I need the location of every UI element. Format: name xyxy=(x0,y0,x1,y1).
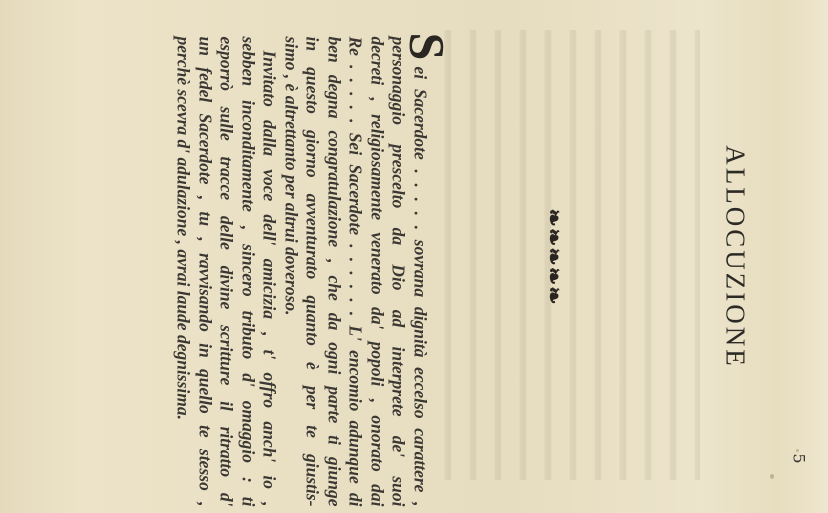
text-line: ben degna congratulazione , che da ogni … xyxy=(323,36,345,506)
text-line: sebben inconditamente , sincero tributo … xyxy=(237,36,259,506)
text-line: perchè scevra d' adulazione , avrai laud… xyxy=(172,36,194,506)
ornament-divider: ❧❧❧❧❧ xyxy=(540,0,566,513)
text-line: esporrò sulle tracce delle divine scritt… xyxy=(215,36,237,506)
text-line: ei Sacerdote . . . . . sovrana dignità e… xyxy=(409,36,431,506)
text-line: in questo giorno avventurato quanto è pe… xyxy=(301,36,323,506)
text-line: decreti , religiosamente venerato da' po… xyxy=(366,36,388,506)
rotated-page-content: 5 ALLOCUZIONE ❧❧❧❧❧ S ei Sacerdote . . .… xyxy=(0,0,828,513)
page-title: ALLOCUZIONE xyxy=(719,0,750,513)
drop-cap: S xyxy=(402,32,452,60)
scanned-page: 5 ALLOCUZIONE ❧❧❧❧❧ S ei Sacerdote . . .… xyxy=(0,0,828,513)
text-line: simo , è altrettanto per altrui doveroso… xyxy=(280,36,302,506)
text-line: un fedel Sacerdote , tu , ravvisando in … xyxy=(194,36,216,506)
body-text: S ei Sacerdote . . . . . sovrana dignità… xyxy=(172,36,430,506)
page-number: 5 xyxy=(789,453,808,463)
text-line: Invitato dalla voce dell' amicizia , t' … xyxy=(258,36,280,506)
text-line: personaggio prescelto da Dio ad interpre… xyxy=(387,36,409,506)
text-line: Re . . . . . Sei Sacerdote . . . . . . L… xyxy=(344,36,366,506)
